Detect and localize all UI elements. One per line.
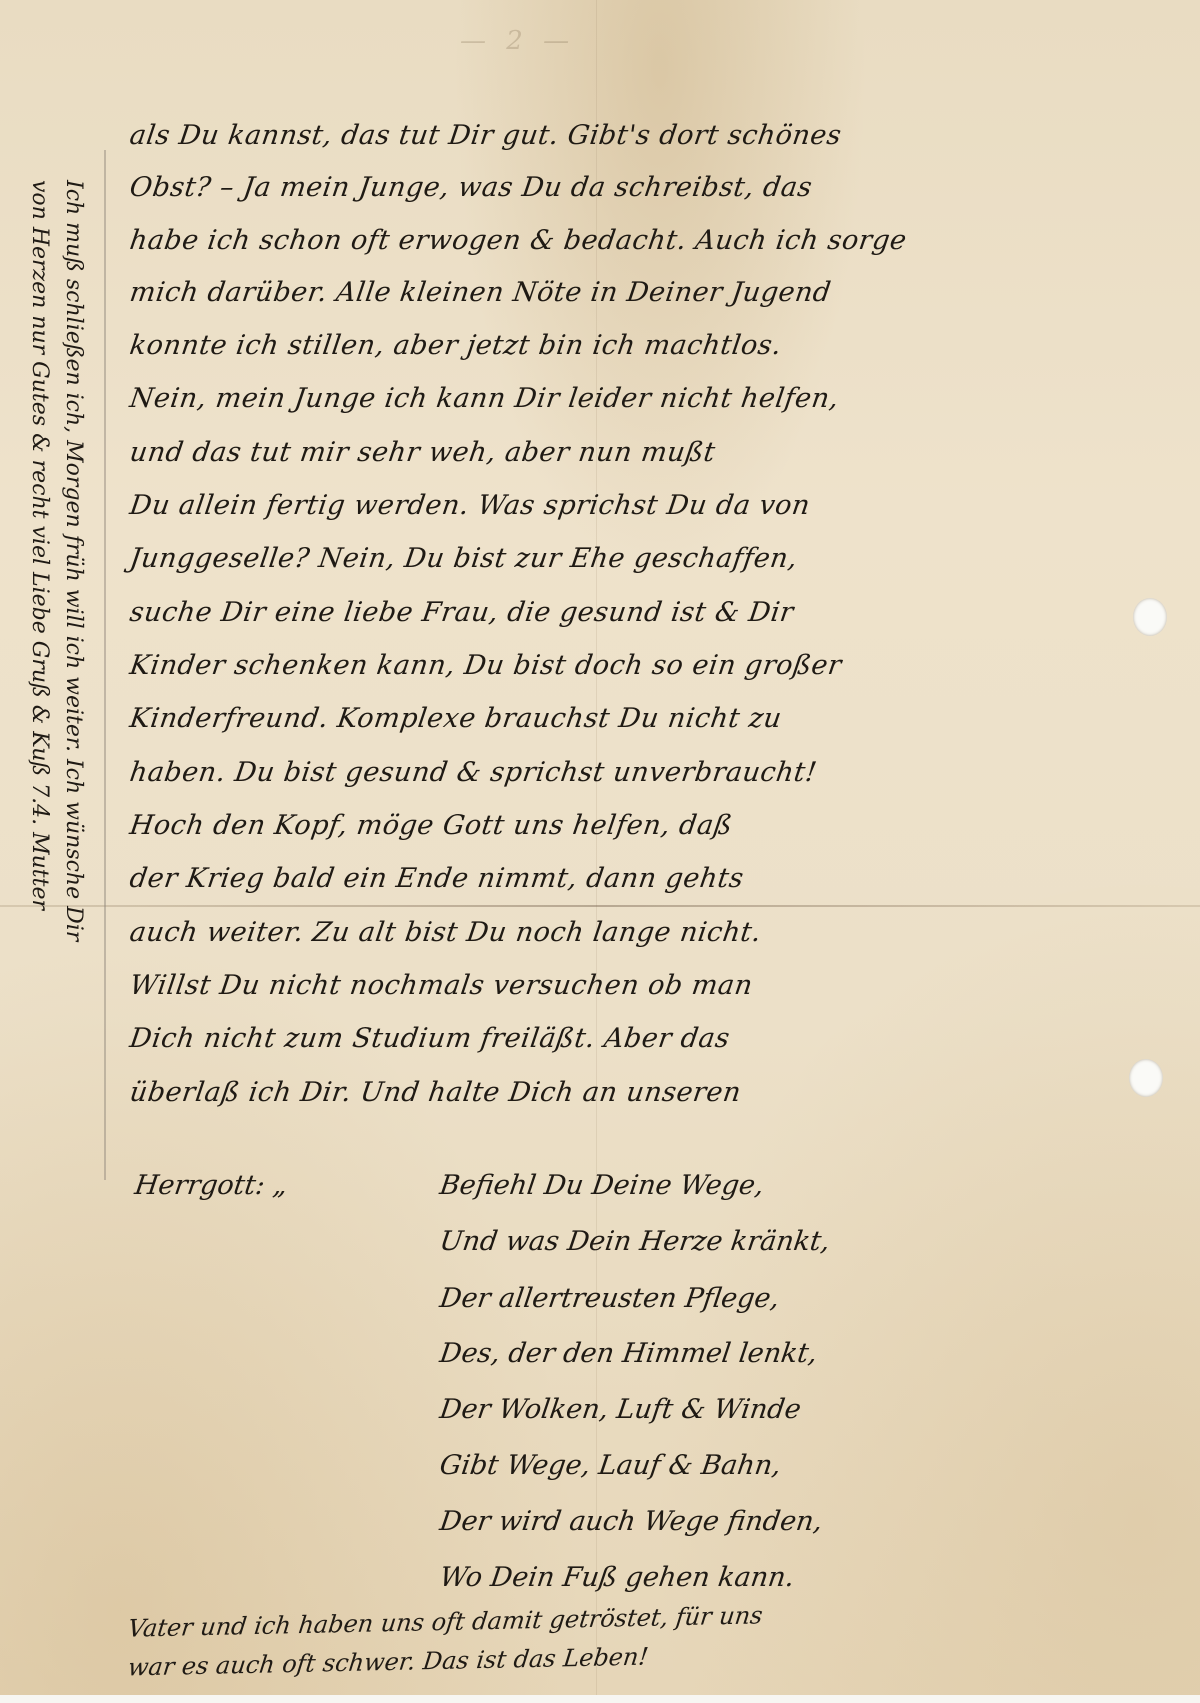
body-line: Kinder schenken kann, Du bist doch so ei… <box>128 650 844 681</box>
page-bottom-edge <box>0 1695 1200 1703</box>
body-line: haben. Du bist gesund & sprichst unverbr… <box>128 757 819 788</box>
body-line: Kinderfreund. Komplexe brauchst Du nicht… <box>128 703 784 734</box>
margin-note: von Herzen nur Gutes & recht viel Liebe … <box>27 180 52 910</box>
body-line: Junggeselle? Nein, Du bist zur Ehe gesch… <box>128 543 800 574</box>
poem-line: Des, der den Himmel lenkt, <box>438 1338 819 1369</box>
poem-intro: Herrgott: „ <box>133 1170 290 1201</box>
punch-hole-bottom <box>1129 1059 1163 1097</box>
poem-line: Wo Dein Fuß gehen kann. <box>438 1562 797 1593</box>
poem-line: Und was Dein Herze kränkt, <box>438 1226 832 1257</box>
pencil-margin-line <box>104 150 106 1180</box>
body-line: Du allein fertig werden. Was sprichst Du… <box>128 490 812 521</box>
body-line: Obst? – Ja mein Junge, was Du da schreib… <box>128 172 814 203</box>
body-line: überlaß ich Dir. Und halte Dich an unser… <box>128 1077 743 1108</box>
body-line: mich darüber. Alle kleinen Nöte in Deine… <box>128 277 833 308</box>
horizontal-fold <box>0 905 1200 907</box>
punch-hole-top <box>1133 598 1167 636</box>
body-line: Nein, mein Junge ich kann Dir leider nic… <box>128 383 841 414</box>
letter-page: — 2 — als Du kannst, das tut Dir gut. Gi… <box>0 0 1200 1695</box>
body-line: Hoch den Kopf, möge Gott uns helfen, daß <box>128 810 735 841</box>
footer-line: war es auch oft schwer. Das ist das Lebe… <box>126 1643 649 1682</box>
faint-page-header: — 2 — <box>460 26 760 76</box>
poem-line: Gibt Wege, Lauf & Bahn, <box>438 1450 783 1481</box>
footer-line: Vater und ich haben uns oft damit getrös… <box>126 1601 764 1642</box>
body-line: als Du kannst, das tut Dir gut. Gibt's d… <box>128 120 844 151</box>
body-line: der Krieg bald ein Ende nimmt, dann geht… <box>128 863 746 894</box>
body-line: auch weiter. Zu alt bist Du noch lange n… <box>128 917 763 948</box>
poem-line: Der Wolken, Luft & Winde <box>438 1394 803 1425</box>
body-line: und das tut mir sehr weh, aber nun mußt <box>128 437 718 468</box>
body-line: Willst Du nicht nochmals versuchen ob ma… <box>128 970 755 1001</box>
poem-line: Befiehl Du Deine Wege, <box>438 1170 766 1201</box>
body-line: Dich nicht zum Studium freiläßt. Aber da… <box>128 1023 732 1054</box>
poem-line: Der allertreusten Pflege, <box>438 1283 782 1314</box>
body-line: konnte ich stillen, aber jetzt bin ich m… <box>128 330 784 361</box>
margin-note: Ich muß schließen ich, Morgen früh will … <box>61 180 86 941</box>
poem-line: Der wird auch Wege finden, <box>438 1506 825 1537</box>
body-line: suche Dir eine liebe Frau, die gesund is… <box>128 597 796 628</box>
body-line: habe ich schon oft erwogen & bedacht. Au… <box>128 225 909 256</box>
